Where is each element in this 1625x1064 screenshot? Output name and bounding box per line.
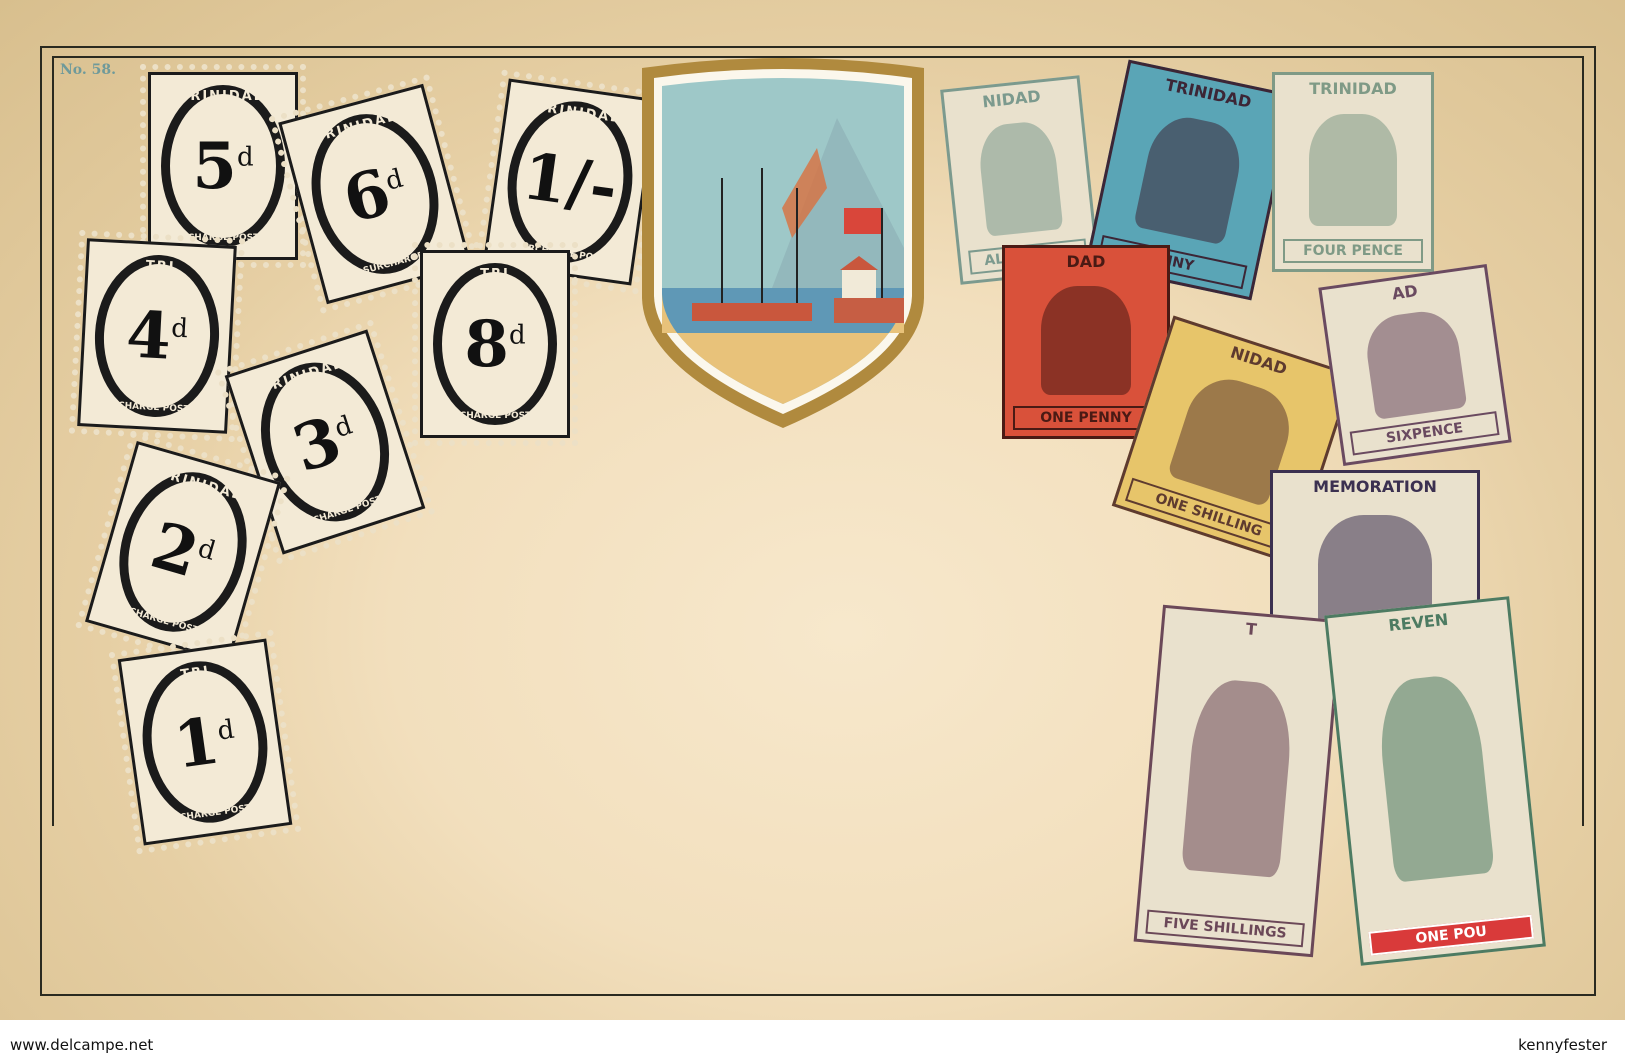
- pictorial-stamp: TFIVE SHILLINGS: [1134, 605, 1343, 957]
- britannia-figure: [1374, 672, 1495, 882]
- stamp-header: TRINIDAD: [1275, 79, 1431, 98]
- postage-due-stamp: TRI8dSURCHARGE POSTAGE: [420, 250, 570, 438]
- watermark-left: www.delcampe.net: [10, 1036, 153, 1054]
- britannia-figure: [1041, 286, 1132, 395]
- britannia-figure: [1309, 114, 1396, 227]
- britannia-figure: [977, 119, 1063, 236]
- britannia-figure: [1362, 307, 1467, 420]
- stamp-footer: FIVE SHILLINGS: [1145, 910, 1304, 948]
- stamp-footer: FOUR PENCE: [1283, 239, 1423, 263]
- stamp-header: MEMORATION: [1273, 477, 1477, 496]
- stamp-header: TRI: [423, 267, 567, 282]
- stamp-header: T: [1164, 612, 1339, 646]
- stamp-value: 4d: [83, 295, 231, 377]
- pictorial-stamp: TRINIDADFOUR PENCE: [1272, 72, 1434, 272]
- stamp-header: DAD: [1005, 252, 1167, 271]
- britannia-figure: [1181, 678, 1295, 878]
- stamp-footer: ONE POU: [1368, 915, 1534, 956]
- stamp-value: 8d: [423, 307, 567, 382]
- pictorial-stamp: REVENONE POU: [1324, 596, 1546, 966]
- pictorial-stamp: ADSIXPENCE: [1318, 264, 1511, 466]
- stamp-footer: SURCHARGE POSTAGE: [151, 233, 295, 243]
- stamp-value: 5d: [151, 129, 295, 204]
- watermark-right: kennyfester: [1518, 1036, 1607, 1054]
- postage-due-stamp: TRINIDAD5dSURCHARGE POSTAGE: [148, 72, 298, 260]
- stamp-header: NIDAD: [944, 82, 1079, 115]
- postage-due-stamp: TRI1dSURCHARGE POSTAGE: [118, 638, 293, 845]
- stamp-footer: SURCHARGE POSTAGE: [423, 411, 567, 421]
- postage-due-stamp: TRI4dSURCHARGE POSTAGE: [77, 238, 237, 434]
- stamp-header: TRINIDAD: [151, 89, 295, 104]
- britannia-figure: [1133, 111, 1247, 246]
- card-number: No. 58.: [60, 62, 116, 78]
- postcard: No. 58. TRINIDAD5dSURCHARGE POSTAGETRINI…: [0, 0, 1625, 1020]
- coat-of-arms-shield: [622, 48, 944, 432]
